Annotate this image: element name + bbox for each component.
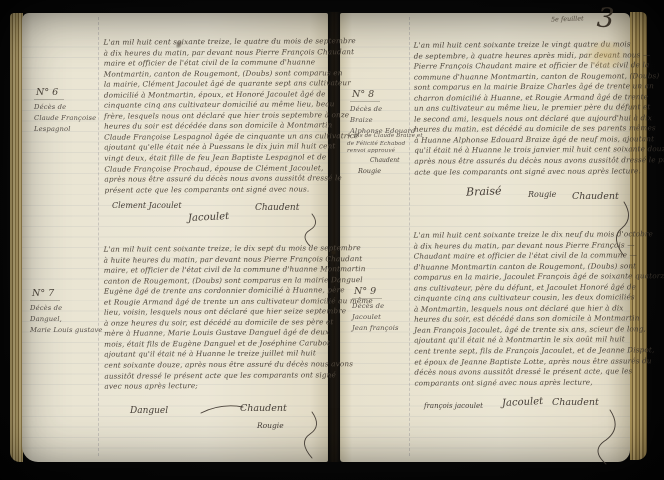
act-7-margin-title: Décès deDanguel,Marie Louis gustave <box>30 303 102 335</box>
act-7-signature-mayor: Chaudent <box>240 403 287 414</box>
act-8-margin-addendum: + fils de Claude Braize etde Félicité Ec… <box>347 133 417 156</box>
handwritten-line: cent trente sept, fils de François Jacou… <box>414 345 634 357</box>
act-8-signature-declarant-1: Braisé <box>466 184 502 198</box>
handwritten-line: Danguel, <box>30 314 102 325</box>
act-9-number: N° 9 <box>352 286 382 299</box>
act-6-signature-declarant-1: Clement Jacoulet <box>112 201 182 210</box>
act-8-margin-note: N° 8 Décès deBraizeAlphonse Edouard <box>350 82 416 136</box>
act-6-margin-title: Décès deClaude FrançoiseLespagnol <box>34 102 100 134</box>
handwritten-line: décès nous avons aussitôt dressé le prés… <box>414 366 634 378</box>
handwritten-line: L'an mil huit cent soixante treize le di… <box>414 229 634 241</box>
folio-page-number: 3 <box>596 2 615 34</box>
handwritten-line: renvoi approuvé <box>347 148 417 156</box>
handwritten-line: L'an mil huit cent soixante treize, le q… <box>104 36 328 48</box>
handwritten-line: L'an mil huit cent soixante treize le vi… <box>414 39 632 51</box>
act-7-margin-note: N° 7 Décès deDanguel,Marie Louis gustave <box>30 281 102 335</box>
act-8-signature-declarant-2: Rougie <box>528 190 556 199</box>
handwritten-line: avec nous après lecture; <box>104 380 330 392</box>
act-7-body: L'an mil huit cent soixante treize, le d… <box>104 243 331 392</box>
act-6-signature-mayor: Chaudent <box>255 203 299 213</box>
act-8-number: N° 8 <box>350 89 380 102</box>
act-6-body: L'an mil huit cent soixante treize, le q… <box>104 36 329 196</box>
act-9-body: L'an mil huit cent soixante treize le di… <box>414 229 635 389</box>
scanned-register-photo: 5e feuillet 3 N° 6 Décès deClaude Franço… <box>0 0 664 480</box>
handwritten-line: présent acte que les comparants ont sign… <box>104 184 328 196</box>
act-8-body: L'an mil huit cent soixante treize le vi… <box>414 39 633 177</box>
handwritten-line: Braize <box>350 115 416 126</box>
handwritten-line: Décès de <box>352 301 418 312</box>
folio-label: 5e feuillet <box>551 14 584 23</box>
handwritten-line: Claude Françoise <box>34 113 100 124</box>
handwritten-line: vingt deux, était fille de feu Jean Bapt… <box>104 152 328 164</box>
act-9-margin-note: N° 9 Décès deJacouletJean françois <box>352 279 418 333</box>
act-8-signature-mayor: Chaudent <box>572 191 619 202</box>
handwritten-line: Décès de <box>30 303 102 314</box>
handwritten-line: acte que les comparants ont signé avec n… <box>414 166 632 178</box>
handwritten-line: Décès de <box>34 102 100 113</box>
handwritten-line: Décès de <box>350 104 416 115</box>
handwritten-line: Lespagnol <box>34 124 100 135</box>
act-8-margin-title: Décès deBraizeAlphonse Edouard <box>350 104 416 136</box>
handwritten-line: Marie Louis gustave <box>30 325 102 336</box>
handwritten-line: + fils de Claude Braize et <box>347 133 417 141</box>
handwritten-line: Jacoulet <box>352 312 418 323</box>
handwritten-line: après nous être assurés du décès nous av… <box>414 155 632 167</box>
act-6-number: N° 6 <box>34 87 64 100</box>
act-8-margin-signature-mayor: Chaudent <box>370 157 400 164</box>
act-9-signature-mayor: Chaudent <box>552 397 599 408</box>
act-7-signature-declarant-1: Danguel <box>130 406 168 416</box>
act-7-number: N° 7 <box>30 288 60 301</box>
act-9-margin-title: Décès deJacouletJean françois <box>352 301 418 333</box>
act-6-signature-declarant-2: Jacoulet <box>188 211 230 224</box>
handwritten-line: cent soixante douze, après nous être ass… <box>104 359 330 371</box>
handwritten-line: aussitôt dressé le présent acte que les … <box>104 370 330 382</box>
handwritten-line: Jean françois <box>352 323 418 334</box>
handwritten-line: L'an mil huit cent soixante treize, le d… <box>104 243 330 255</box>
act-8-margin-signature-witness: Rougie <box>358 167 381 175</box>
act-9-signature-declarant-1: françois jacoulet <box>424 402 483 410</box>
act-6-margin-note: N° 6 Décès deClaude FrançoiseLespagnol <box>34 80 100 134</box>
act-9-signature-declarant-2: Jacoulet <box>502 396 544 409</box>
act-7-signature-declarant-2: Rougie <box>257 421 284 430</box>
handwritten-line: comparants ont signé avec nous après lec… <box>414 377 634 389</box>
